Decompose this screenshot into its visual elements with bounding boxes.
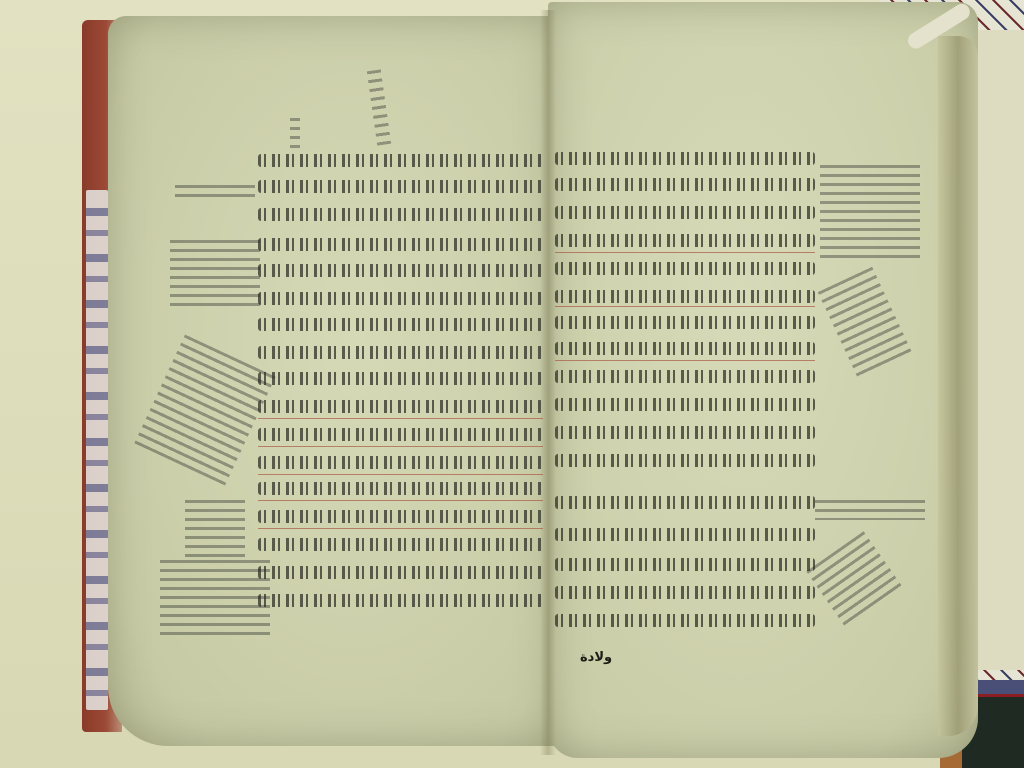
binding-pattern xyxy=(86,190,108,710)
page-fore-edge xyxy=(938,36,978,736)
catchword: ولادة xyxy=(580,650,612,665)
